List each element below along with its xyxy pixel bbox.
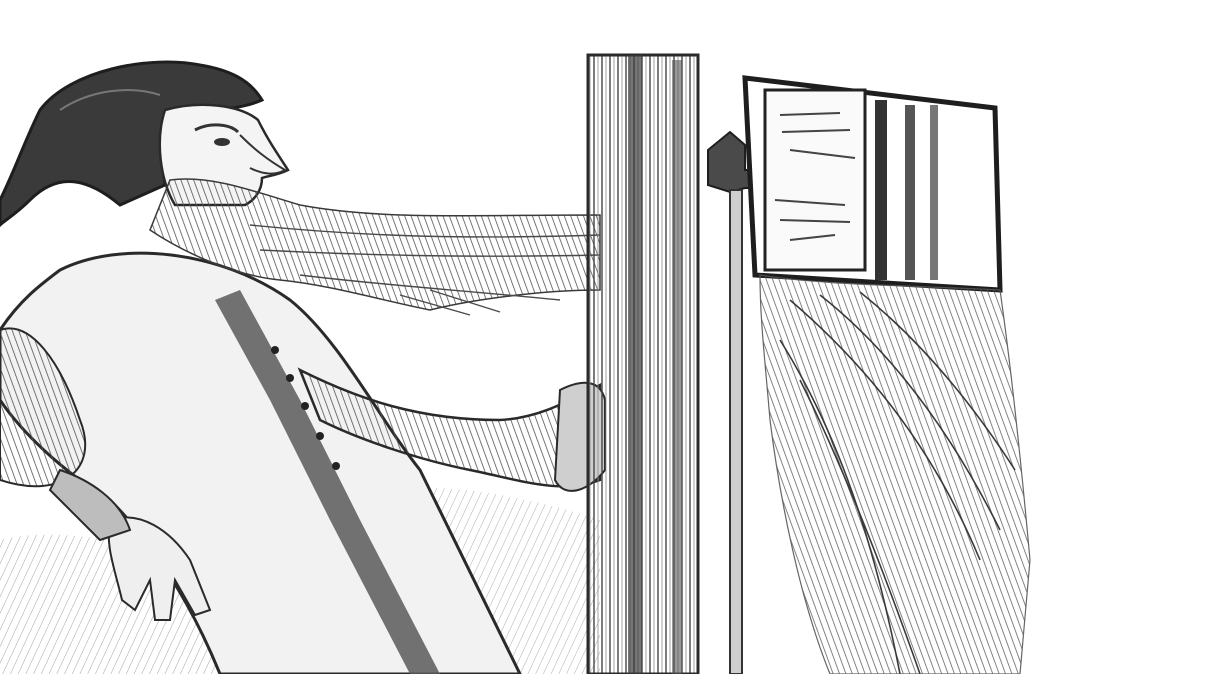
- engraving-illustration: [0, 0, 1205, 674]
- wooden-door: [588, 55, 698, 674]
- window-frame: [745, 78, 1000, 290]
- beard-spill: [760, 275, 1030, 674]
